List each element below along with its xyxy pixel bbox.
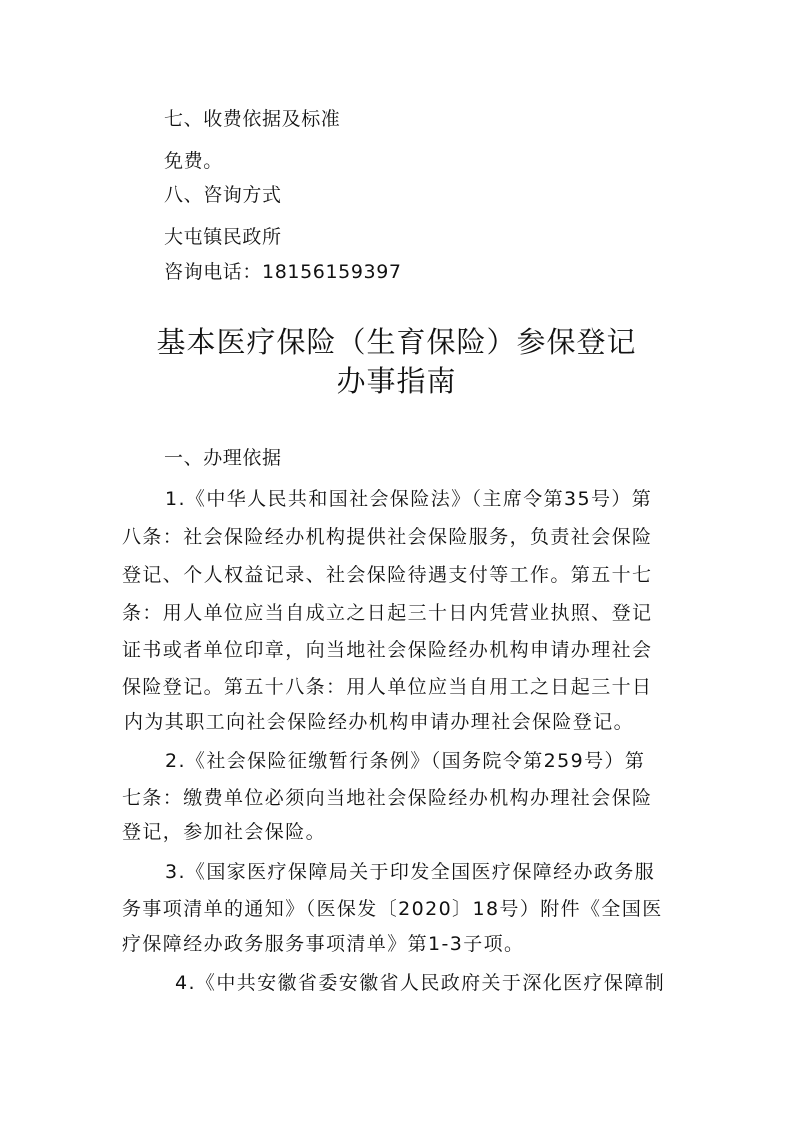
section-7-content: 免费。	[164, 149, 223, 173]
basis-item-1-line: 八条：社会保险经办机构提供社会保险服务，负责社会保险	[122, 525, 672, 549]
basis-item-1-line: 证书或者单位印章，向当地社会保险经办机构申请办理社会	[122, 638, 672, 662]
consult-phone: 咨询电话：18156159397	[164, 260, 402, 284]
guide-title-line-2: 办事指南	[0, 363, 793, 399]
basis-item-3-line: 务事项清单的通知》（医保发〔2020〕18号）附件《全国医	[122, 897, 672, 921]
section-7-heading: 七、收费依据及标准	[164, 107, 340, 131]
basis-item-2-line: 登记，参加社会保险。	[122, 820, 672, 844]
basis-item-4-line: 4.《中共安徽省委安徽省人民政府关于深化医疗保障制	[175, 971, 725, 995]
basis-item-3-line: 疗保障经办政务服务事项清单》第1-3子项。	[122, 932, 672, 956]
guide-title-line-1: 基本医疗保险（生育保险）参保登记	[0, 324, 793, 360]
section-1-heading: 一、办理依据	[164, 446, 282, 470]
basis-item-3-line: 3.《国家医疗保障局关于印发全国医疗保障经办政务服	[165, 860, 715, 884]
basis-item-1-line: 1.《中华人民共和国社会保险法》（主席令第35号）第	[165, 487, 715, 511]
section-8-heading: 八、咨询方式	[164, 183, 282, 207]
basis-item-1-line: 内为其职工向社会保险经办机构申请办理社会保险登记。	[124, 710, 674, 734]
basis-item-2-line: 2.《社会保险征缴暂行条例》（国务院令第259号）第	[165, 749, 715, 773]
basis-item-2-line: 七条：缴费单位必须向当地社会保险经办机构办理社会保险	[122, 786, 672, 810]
basis-item-1-line: 条：用人单位应当自成立之日起三十日内凭营业执照、登记	[122, 601, 672, 625]
consult-office: 大屯镇民政所	[164, 225, 282, 249]
basis-item-1-line: 保险登记。第五十八条：用人单位应当自用工之日起三十日	[122, 675, 672, 699]
basis-item-1-line: 登记、个人权益记录、社会保险待遇支付等工作。第五十七	[122, 563, 672, 587]
